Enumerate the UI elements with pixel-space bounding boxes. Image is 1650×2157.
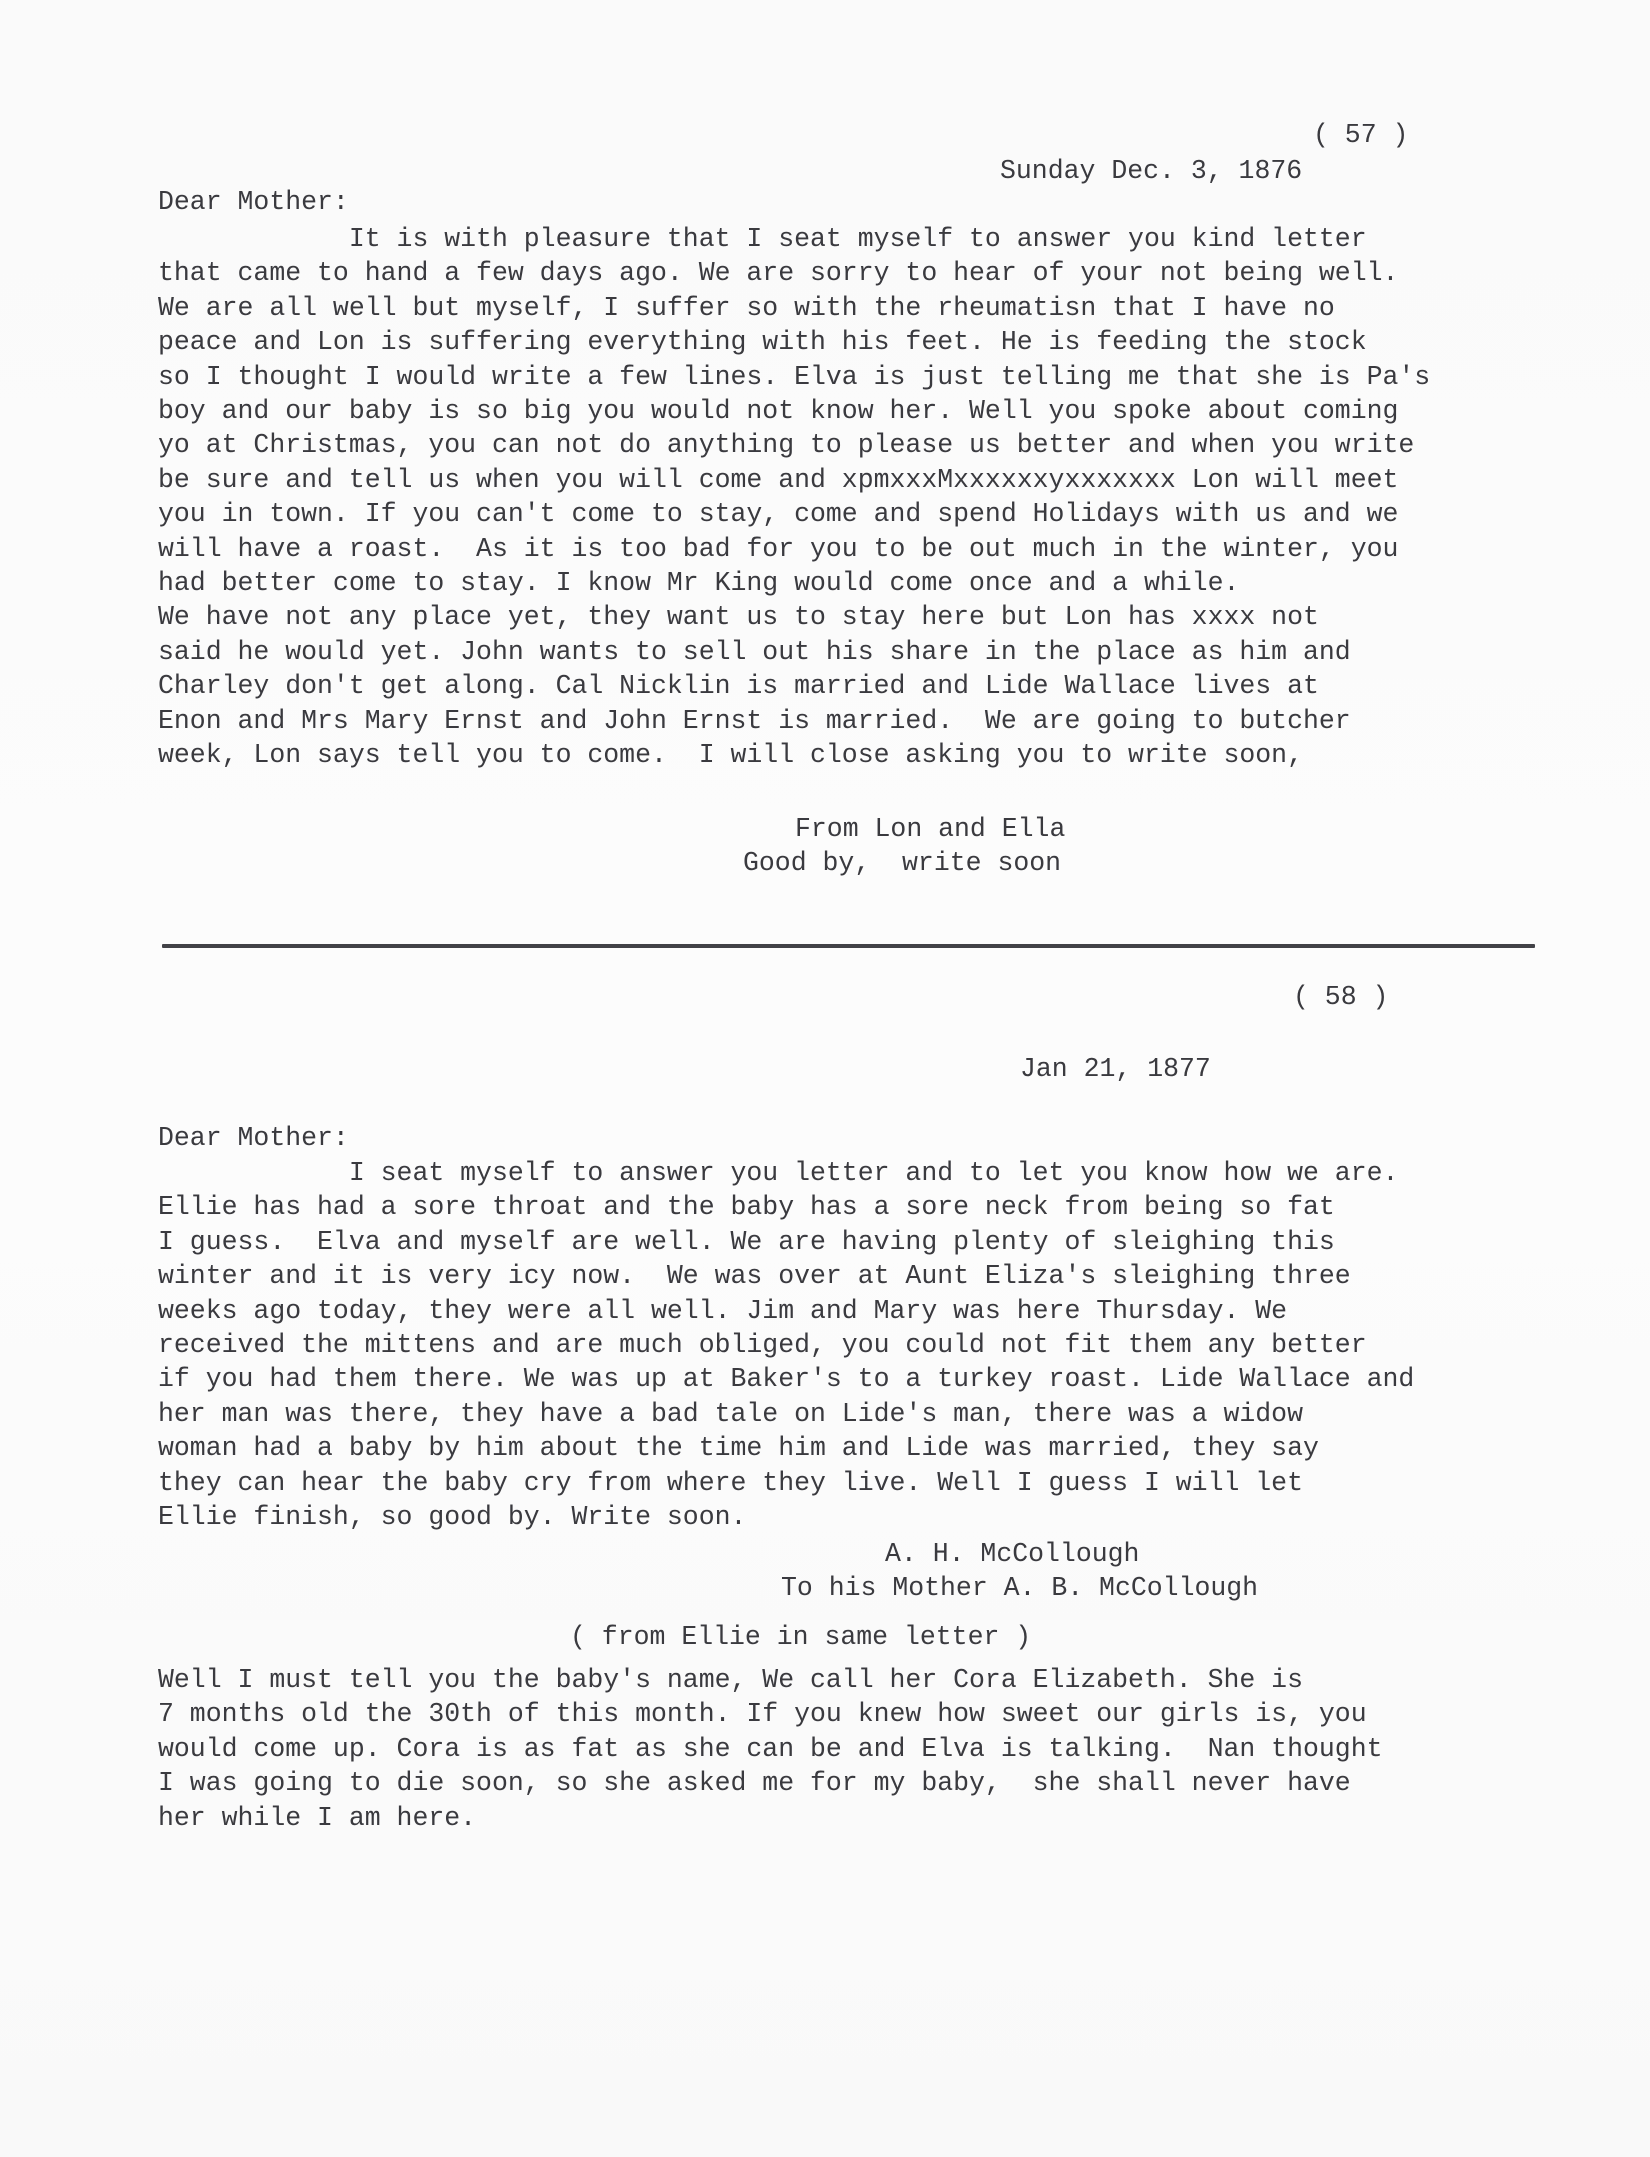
ellie-note-line: I was going to die soon, so she asked me…	[158, 1766, 1351, 1800]
ellie-note-line: Well I must tell you the baby's name, We…	[158, 1663, 1303, 1697]
ellie-note-line: would come up. Cora is as fat as she can…	[158, 1732, 1383, 1766]
letter2-body-line: I seat myself to answer you letter and t…	[158, 1156, 1398, 1190]
page-number-57: ( 57 )	[1313, 118, 1408, 152]
letter1-body-line: Enon and Mrs Mary Ernst and John Ernst i…	[158, 704, 1351, 738]
letter1-body-line: week, Lon says tell you to come. I will …	[158, 738, 1303, 772]
letter2-signature: A. H. McCollough	[885, 1537, 1139, 1571]
letter1-body-line: Charley don't get along. Cal Nicklin is …	[158, 669, 1319, 703]
letter1-body-line: We have not any place yet, they want us …	[158, 600, 1319, 634]
letter2-body-line: received the mittens and are much oblige…	[158, 1328, 1367, 1362]
letter2-body-line: Ellie finish, so good by. Write soon.	[158, 1500, 746, 1534]
letter1-body-line: will have a roast. As it is too bad for …	[158, 532, 1398, 566]
letter1-body-line: peace and Lon is suffering everything wi…	[158, 325, 1367, 359]
letter2-body-line: if you had them there. We was up at Bake…	[158, 1362, 1414, 1396]
ellie-note-line: her while I am here.	[158, 1801, 476, 1835]
letter1-salutation: Dear Mother:	[158, 185, 349, 219]
letter2-body-line: her man was there, they have a bad tale …	[158, 1397, 1303, 1431]
letter1-body-line: had better come to stay. I know Mr King …	[158, 566, 1239, 600]
letter1-body-line: We are all well but myself, I suffer so …	[158, 291, 1335, 325]
letter1-body-line: you in town. If you can't come to stay, …	[158, 497, 1398, 531]
letter2-body-line: woman had a baby by him about the time h…	[158, 1431, 1319, 1465]
letter1-body-line: It is with pleasure that I seat myself t…	[158, 222, 1367, 256]
letter1-body-line: boy and our baby is so big you would not…	[158, 394, 1398, 428]
letter1-body-line: be sure and tell us when you will come a…	[158, 463, 1398, 497]
letter2-date: Jan 21, 1877	[1020, 1052, 1211, 1086]
separator-line	[162, 944, 1535, 948]
letter1-body-line: said he would yet. John wants to sell ou…	[158, 635, 1351, 669]
letter2-addressee: To his Mother A. B. McCollough	[781, 1571, 1258, 1605]
letter1-closing-2: Good by, write soon	[743, 846, 1061, 880]
letter2-body-line: weeks ago today, they were all well. Jim…	[158, 1294, 1287, 1328]
ellie-note-heading: ( from Ellie in same letter )	[570, 1620, 1031, 1654]
letter1-closing-1: From Lon and Ella	[795, 812, 1065, 846]
letter1-date: Sunday Dec. 3, 1876	[1000, 154, 1302, 188]
letter1-body-line: that came to hand a few days ago. We are…	[158, 256, 1398, 290]
letter1-body-line: yo at Christmas, you can not do anything…	[158, 428, 1414, 462]
letter2-salutation: Dear Mother:	[158, 1121, 349, 1155]
letter2-body-line: winter and it is very icy now. We was ov…	[158, 1259, 1351, 1293]
ellie-note-line: 7 months old the 30th of this month. If …	[158, 1697, 1367, 1731]
letter2-body-line: Ellie has had a sore throat and the baby…	[158, 1190, 1335, 1224]
page-number-58: ( 58 )	[1293, 980, 1388, 1014]
letter2-body-line: I guess. Elva and myself are well. We ar…	[158, 1225, 1335, 1259]
typed-letter-page: ( 57 ) Sunday Dec. 3, 1876 Dear Mother: …	[0, 0, 1650, 2157]
letter2-body-line: they can hear the baby cry from where th…	[158, 1466, 1303, 1500]
letter1-body-line: so I thought I would write a few lines. …	[158, 360, 1430, 394]
